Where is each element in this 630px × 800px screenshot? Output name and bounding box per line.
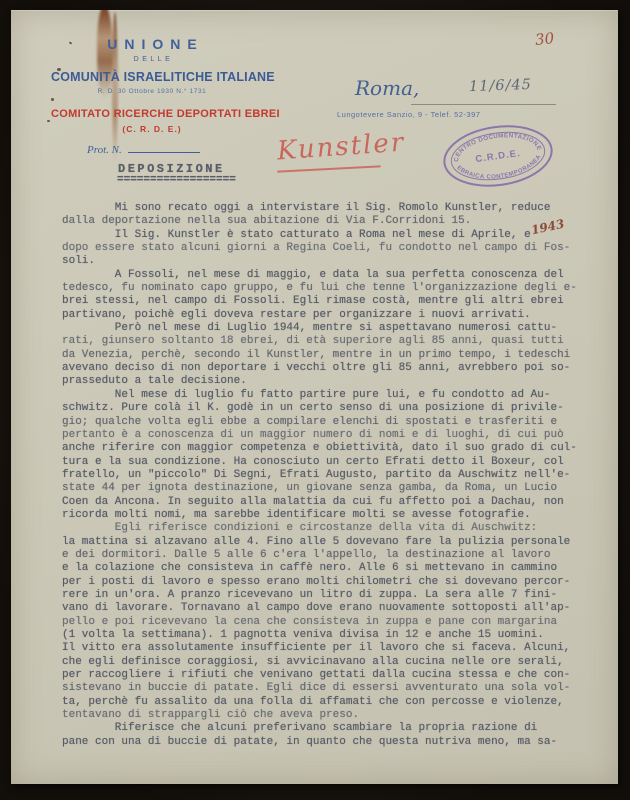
protocol-number-field: Prot. N. [51,143,253,156]
archive-stamp: CENTRO DOCUMENTAZIONE C.R.D.E. EBRAICA C… [439,120,557,192]
typed-line: anche riferire con maggior competenza e … [62,442,582,455]
date-rule-line [411,104,556,105]
typed-line: Coen da Ancona. In seguito alla malattia… [62,496,582,509]
typed-line: Egli riferisce condizioni e circostanze … [62,522,582,535]
typed-line: Riferisce che alcuni preferivano scambia… [62,722,582,735]
letterhead: UNIONE DELLE COMUNITÀ ISRAELITICHE ITALI… [51,36,253,156]
typed-line: soli. [62,255,582,268]
org-name-line1: UNIONE [51,36,253,52]
deposition-body-text: Mi sono recato oggi a intervistare il Si… [62,202,582,749]
protocol-blank-line [128,143,200,153]
typed-line: ta, perchè fu assalito da una folla di a… [62,696,582,709]
typed-line: sistevano in buccie di patate. Egli dice… [62,682,582,695]
document-title-underline: ================== [117,174,236,186]
typed-line: da Venezia, perchè, secondo il Kunstler,… [62,349,582,362]
typed-line: brei stessi, nel campo di Fossoli. Egli … [62,295,582,308]
typed-line: pello e poi ricevevano la cena che consi… [62,616,582,629]
typed-line: rere in un'ora. A pranzo ricevevano un l… [62,589,582,602]
handwritten-name: Kunstler [276,128,406,167]
typed-line: rati, giunsero soltanto 18 ebrei, di età… [62,335,582,348]
typed-line: fratello, un "piccolo" Di Segni, Efrati … [62,469,582,482]
handwritten-date: 11/6/45 [469,77,532,95]
typed-line: che egli definisce coraggiosi, si avvici… [62,656,582,669]
typed-line: la mattina si alzavano alle 4. Fino alle… [62,536,582,549]
typed-line: schwitz. Pure colà il K. godè in un cert… [62,402,582,415]
document-page: UNIONE DELLE COMUNITÀ ISRAELITICHE ITALI… [11,10,618,784]
typed-line: e la colazione che consisteva in caffè n… [62,562,582,575]
stamp-middle-text: C.R.D.E. [475,148,522,165]
typed-line: per raccogliere i rifiuti che venivano g… [62,669,582,682]
typed-line: state 44 per ignota destinazione, un gio… [62,482,582,495]
typed-line: dopo essere stato alcuni giorni a Regina… [62,242,582,255]
org-name-line3: COMUNITÀ ISRAELITICHE ITALIANE [51,70,253,84]
typed-line: A Fossoli, nel mese di maggio, e data la… [62,269,582,282]
typed-line: tentavano di strappargli ciò che aveva p… [62,709,582,722]
handwritten-page-number: 30 [534,29,555,49]
address-line: Lungotevere Sanzio, 9 - Telef. 52-397 [337,110,480,119]
typed-line: pane con una di buccie di patate, in qua… [62,736,582,749]
handwritten-name-underline [277,165,381,172]
typed-line: prasseduto a tale decisione. [62,375,582,388]
ink-speck [47,120,50,122]
org-decree: R. D. 30 Ottobre 1930 N.° 1731 [51,88,253,95]
typed-line: (1 volta la settimana). 1 pagnotta veniv… [62,629,582,642]
typed-line: e dei dormitori. Dalle 5 alle 6 c'era l'… [62,549,582,562]
city-label: Roma, [355,76,419,100]
typed-line: Nel mese di luglio fu fatto partire pure… [62,389,582,402]
typed-line: tedesco, fu nominato capo gruppo, e fu l… [62,282,582,295]
committee-abbr: (C. R. D. E.) [51,124,253,134]
typed-line: partivano, poichè egli doveva restare pe… [62,309,582,322]
typed-line: tura e la sua condizione. Ha conosciuto … [62,456,582,469]
typed-line: gio; qualche volta egli ebbe a compilare… [62,416,582,429]
typed-line: per i posti di lavoro e spesso erano mol… [62,576,582,589]
typed-line: Mi sono recato oggi a intervistare il Si… [62,202,582,215]
typed-line: avevano deciso di non deportare i vecchi… [62,362,582,375]
org-name-line2: DELLE [51,56,253,63]
protocol-label: Prot. N. [87,144,122,156]
typed-line: ricorda molti nomi, ma sarebbe identific… [62,509,582,522]
typed-line: vano di lavorare. Tornavano al campo dov… [62,602,582,615]
typed-line: pertanto è a conoscenza di un maggior nu… [62,429,582,442]
committee-name: COMITATO RICERCHE DEPORTATI EBREI [51,108,253,120]
typed-line: Il vitto era assolutamente insufficiente… [62,642,582,655]
typed-line: dalla deportazione nella sua abitazione … [62,215,582,228]
scanned-document-photo: UNIONE DELLE COMUNITÀ ISRAELITICHE ITALI… [0,0,630,800]
typed-line: Il Sig. Kunstler è stato catturato a Rom… [62,229,582,242]
typed-line: Però nel mese di Luglio 1944, mentre si … [62,322,582,335]
